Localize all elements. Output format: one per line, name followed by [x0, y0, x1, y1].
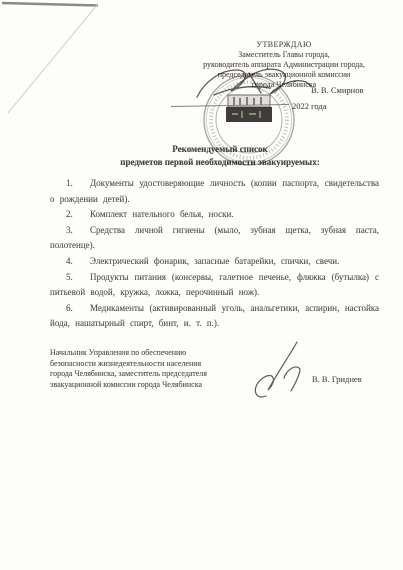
- footer-line: Начальник Управления по обеспечению: [50, 348, 285, 359]
- document-title-line1: Рекомендуемый список: [52, 143, 388, 156]
- approval-block: УТВЕРЖДАЮ Заместитель Главы города, руко…: [176, 40, 392, 90]
- list-item-number: 2.: [66, 207, 90, 223]
- stamp-date-box: [226, 95, 272, 122]
- footer-line: города Челябинска, заместитель председат…: [50, 369, 285, 380]
- scan-edge-artifact: [2, 3, 98, 6]
- list-item-text: Средства личной гигиены (мыло, зубная ще…: [50, 225, 379, 251]
- list-item-number: 6.: [66, 301, 90, 317]
- list-item-number: 3.: [66, 223, 90, 239]
- approval-line: руководитель аппарата Администрации горо…: [176, 60, 392, 70]
- list-item: 3.Средства личной гигиены (мыло, зубная …: [50, 223, 379, 254]
- list-item-text: Документы удостоверяющие личность (копии…: [50, 178, 379, 204]
- list-item-number: 4.: [66, 254, 90, 270]
- approval-date: 2022 года: [292, 101, 327, 111]
- list-item: 6.Медикаменты (активированный уголь, ана…: [50, 301, 379, 332]
- document-title: Рекомендуемый список предметов первой не…: [52, 143, 388, 169]
- footer-signature-block: Начальник Управления по обеспечению безо…: [50, 348, 285, 390]
- approval-line: председатель эвакуационной комиссии: [176, 70, 392, 80]
- approval-line: Заместитель Главы города,: [176, 50, 392, 60]
- list-item-text: Медикаменты (активированный уголь, аналь…: [50, 303, 379, 329]
- list-item-number: 5.: [66, 270, 90, 286]
- list-item: 1.Документы удостоверяющие личность (коп…: [50, 176, 379, 207]
- list-item-text: Электрический фонарик, запасные батарейк…: [90, 256, 339, 266]
- approval-label: УТВЕРЖДАЮ: [176, 40, 392, 50]
- footer-signer-name: В. В. Гриднев: [312, 374, 362, 384]
- list-item-text: Комплект нательного белья, носки.: [90, 209, 234, 219]
- footer-line: эвакуационной комиссии города Челябинска: [50, 380, 285, 391]
- paper-corner-crease: [8, 5, 97, 113]
- document-title-line2: предметов первой необходимости эвакуируе…: [52, 156, 388, 169]
- date-blank-line: [171, 105, 289, 107]
- list-item: 4.Электрический фонарик, запасные батаре…: [50, 254, 379, 270]
- list-item: 5.Продукты питания (консервы, галетное п…: [50, 270, 379, 301]
- footer-line: безопасности жизнедеятельности населения: [50, 359, 285, 370]
- approver-name: В. В. Смирнов: [311, 85, 364, 95]
- scanned-document-page: УТВЕРЖДАЮ Заместитель Главы города, руко…: [0, 0, 403, 570]
- items-list: 1.Документы удостоверяющие личность (коп…: [50, 176, 379, 332]
- list-item: 2.Комплект нательного белья, носки.: [50, 207, 379, 223]
- list-item-text: Продукты питания (консервы, галетное печ…: [50, 272, 379, 298]
- list-item-number: 1.: [66, 176, 90, 192]
